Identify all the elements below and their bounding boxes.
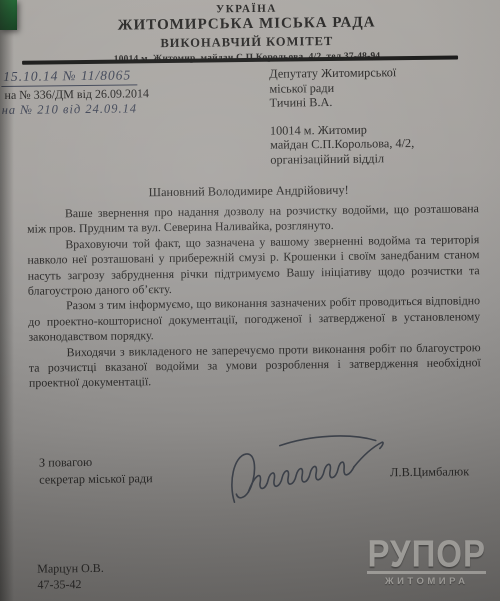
recipient-block: Депутату Житомирської міської ради Тичин… xyxy=(269,65,414,167)
handwritten-registration-number: 15.10.14 № 11/8065 xyxy=(1,67,137,87)
closing-block: З повагою секретар міської ради xyxy=(39,453,153,488)
executor-block: Марцун О.В. 47-35-42 xyxy=(37,560,104,593)
watermark-logo: РУПОР ЖИТОМИРА xyxy=(367,539,486,587)
executor-phone: 47-35-42 xyxy=(37,576,104,593)
green-folder-corner xyxy=(0,0,17,30)
letter-body: Ваше звернення про надання дозволу на ро… xyxy=(27,201,481,391)
handwritten-reference-note: на № 210 від 24.09.14 xyxy=(2,101,138,118)
typed-reference-number: на № 336/ДМ від 26.09.2014 xyxy=(4,86,149,103)
recipient-line: Депутату Житомирської xyxy=(269,65,413,81)
signer-name: Л.В.Цимбалюк xyxy=(390,464,469,480)
watermark-title: РУПОР xyxy=(367,537,486,572)
recipient-line: майдан С.П.Корольова, 4/2, xyxy=(270,136,414,152)
recipient-line: організаційний відділ xyxy=(270,151,414,167)
salutation: Шановний Володимире Андрійовичу! xyxy=(0,181,499,202)
closing-respect: З повагою xyxy=(39,453,153,471)
executor-name: Марцун О.В. xyxy=(37,560,104,577)
body-paragraph: Виходячи з викладеного не заперечуємо пр… xyxy=(29,340,482,392)
watermark-subtitle: ЖИТОМИРА xyxy=(367,576,486,587)
signature-scribble xyxy=(224,428,395,510)
body-paragraph: Разом з тим інформуємо, що виконання заз… xyxy=(28,294,481,346)
closing-title: секретар міської ради xyxy=(39,470,153,488)
letter-page: УКРАЇНА ЖИТОМИРСЬКА МІСЬКА РАДА ВИКОНАВЧ… xyxy=(0,0,500,601)
body-paragraph: Враховуючи той факт, що зазначена у вашо… xyxy=(27,232,480,299)
document-photo: УКРАЇНА ЖИТОМИРСЬКА МІСЬКА РАДА ВИКОНАВЧ… xyxy=(0,0,500,601)
